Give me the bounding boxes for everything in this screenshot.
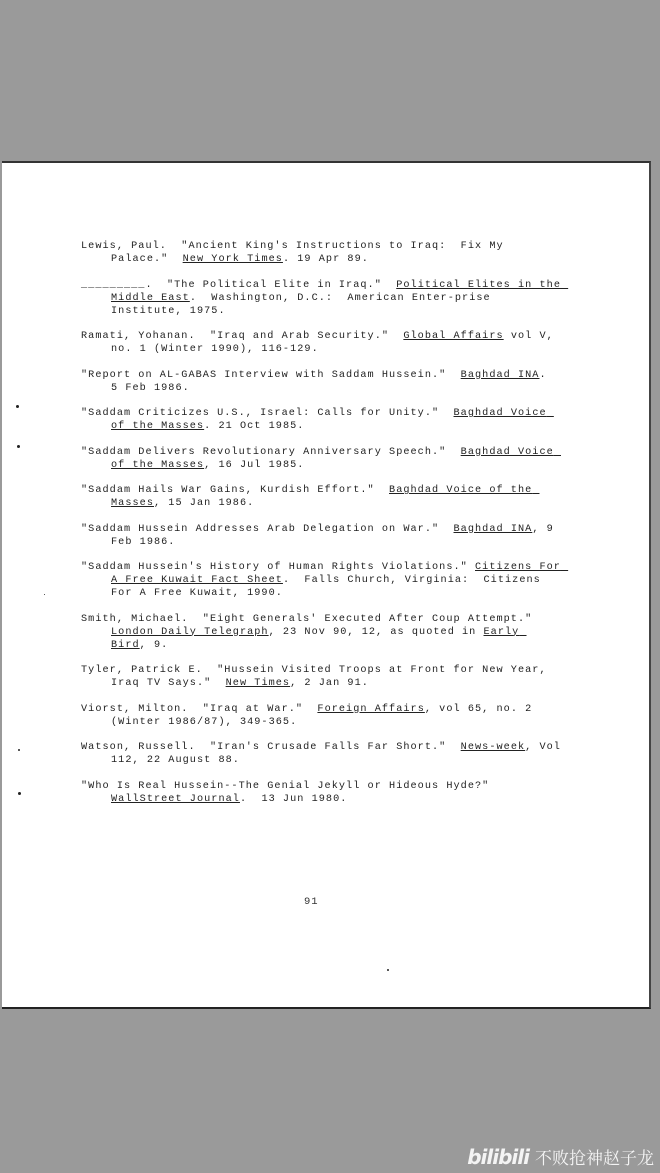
publication-title: Baghdad INA [454,524,533,535]
entry-text: "Saddam Criticizes U.S., Israel: Calls f… [81,408,454,419]
bibliography-entry: Lewis, Paul. "Ancient King's Instruction… [81,240,561,266]
entry-text: , 9. [140,640,169,651]
publication-title: News-week [461,742,525,753]
bibliography-entry: "Report on AL-GABAS Interview with Sadda… [81,369,561,395]
publication-title: WallStreet Journal [111,794,240,805]
publication-title: Baghdad INA [461,370,540,381]
document-page: Lewis, Paul. "Ancient King's Instruction… [2,161,651,1009]
bibliography-entry: Tyler, Patrick E. "Hussein Visited Troop… [81,664,561,690]
entry-text: . 21 Oct 1985. [204,421,304,432]
watermark-text: 不败抢神赵子龙 [535,1144,654,1169]
entry-text: Viorst, Milton. "Iraq at War." [81,704,317,715]
entry-text: "Who Is Real Hussein--The Genial Jekyll … [81,781,496,792]
bibliography-entry: Smith, Michael. "Eight Generals' Execute… [81,613,561,652]
margin-dot [16,405,19,408]
publication-title: New Times [226,678,290,689]
publication-title: New York Times [183,254,283,265]
bibliography-entry: "Saddam Hussein's History of Human Right… [81,561,561,600]
entry-text: . 19 Apr 89. [283,254,369,265]
publication-title: Global Affairs [403,331,503,342]
entry-text: _________ [81,280,145,291]
bibliography-entry: "Saddam Criticizes U.S., Israel: Calls f… [81,407,561,433]
entry-text: , 15 Jan 1986. [154,498,254,509]
margin-dot [44,594,45,595]
entry-text: , 16 Jul 1985. [204,460,304,471]
entry-text: "Saddam Hails War Gains, Kurdish Effort.… [81,485,389,496]
entry-text: , 23 Nov 90, 12, as quoted in [269,627,484,638]
margin-dot [17,445,20,448]
entry-text: "Report on AL-GABAS Interview with Sadda… [81,370,461,381]
margin-dot [18,749,20,751]
bibliography-entry: "Saddam Hussein Addresses Arab Delegatio… [81,523,561,549]
bibliography-entry: Viorst, Milton. "Iraq at War." Foreign A… [81,703,561,729]
entry-text: Watson, Russell. "Iran's Crusade Falls F… [81,742,461,753]
margin-dot [18,792,21,795]
bibliography-entry: Ramati, Yohanan. "Iraq and Arab Security… [81,330,561,356]
publication-title: Foreign Affairs [317,704,424,715]
bilibili-logo-icon: bilibili [467,1145,529,1169]
bibliography-entry: "Saddam Hails War Gains, Kurdish Effort.… [81,484,561,510]
page-number: 91 [304,896,319,908]
publication-title: London Daily Telegraph [111,627,269,638]
entry-text: "Saddam Hussein's History of Human Right… [81,562,475,573]
bibliography-list: Lewis, Paul. "Ancient King's Instruction… [81,240,561,818]
bibliography-entry: _________. "The Political Elite in Iraq.… [81,279,561,318]
entry-text: , 2 Jan 91. [290,678,369,689]
watermark: bilibili 不败抢神赵子龙 [467,1144,654,1169]
entry-text: "Saddam Hussein Addresses Arab Delegatio… [81,524,454,535]
entry-text: . 13 Jun 1980. [240,794,347,805]
bibliography-entry: Watson, Russell. "Iran's Crusade Falls F… [81,741,561,767]
entry-text: Ramati, Yohanan. "Iraq and Arab Security… [81,331,403,342]
entry-text: "Saddam Delivers Revolutionary Anniversa… [81,447,461,458]
entry-text: Smith, Michael. "Eight Generals' Execute… [81,614,547,625]
bibliography-entry: "Who Is Real Hussein--The Genial Jekyll … [81,780,561,806]
bibliography-entry: "Saddam Delivers Revolutionary Anniversa… [81,446,561,472]
margin-dot [387,969,389,971]
entry-text: . "The Political Elite in Iraq." [145,280,396,291]
